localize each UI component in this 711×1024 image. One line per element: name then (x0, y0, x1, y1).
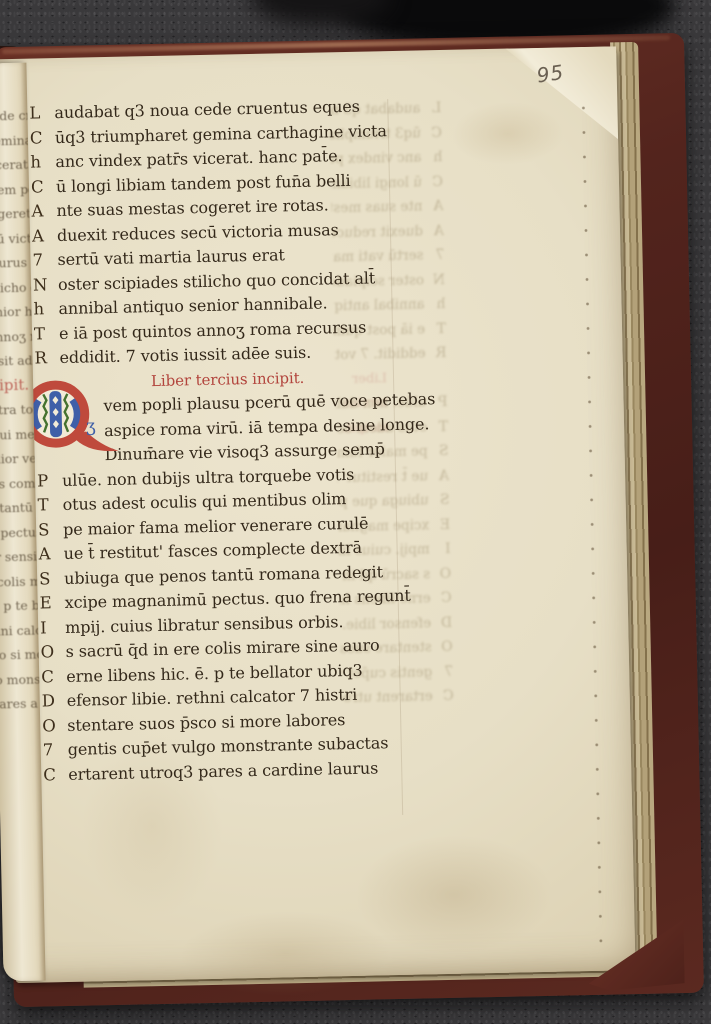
fragment-line: Laudabat q3 noua cede cruentus eques (0, 103, 24, 131)
versal-initial: 7 (32, 248, 48, 273)
versal-initial: A (38, 542, 54, 567)
versal-initial: C (31, 175, 47, 200)
verse-text: ertarent utroq3 pares a cardine laurus (0, 694, 46, 714)
fragment-line: Subiuga que penos tantū romana redegit (0, 495, 32, 523)
fragment-line: Ante suas mestas cogeret ire rotas. (0, 201, 26, 229)
versal-initial: C (43, 763, 59, 788)
versal-initial: D (41, 689, 57, 714)
svg-text:ʒ: ʒ (86, 416, 96, 436)
fragment-line: Cerne libens hic. ē. p te bellator ubiq3 (0, 593, 34, 621)
text-block: Laudabat q3 noua cede cruentus equesCūq3… (29, 90, 609, 788)
fragment-line: Impij. cuius libratur sensibus orbis. (0, 544, 33, 572)
fragment-column: Pulūe. non dubijs ultra torquebe votisTo… (0, 397, 36, 719)
explicit-section: Laudabat q3 noua cede cruentus equesCūq3… (29, 90, 601, 371)
versal-initial: C (30, 126, 46, 151)
fragment-line: Certarent utroq3 pares a cardine laurus (0, 691, 36, 719)
open-book: 95 Laudabat q3 noua cede cruentus equesC… (0, 33, 704, 1007)
incipit-opening: ʒ vem popli plausu pcerū quē voce peteba… (35, 384, 602, 469)
versal-initial: R (34, 346, 50, 371)
versal-initial: S (39, 567, 55, 592)
versal-initial: h (33, 297, 49, 322)
folio-number: 95 (535, 60, 566, 88)
versal-initial: h (30, 150, 46, 175)
fragment-line: hannibal antiquo senior hannibale. (0, 299, 28, 327)
versal-initial: O (40, 640, 56, 665)
versal-initial: A (31, 199, 47, 224)
verse-text: gentis cup̄et vulgo monstrante subactas (0, 669, 46, 689)
versal-initial: E (39, 591, 55, 616)
versal-initial: O (42, 714, 58, 739)
versal-initial: T (34, 322, 50, 347)
fragment-line: Ostentare suos p̄sco si more labores (0, 642, 35, 670)
manuscript-page: 95 Laudabat q3 noua cede cruentus equesC… (0, 46, 635, 983)
versal-initial: A (32, 224, 48, 249)
versal-initial: I (40, 616, 56, 641)
fragment-line: 7sertū vati martia laurus erat (0, 250, 27, 278)
versal-initial: C (41, 665, 57, 690)
incipit-section: Pulūe. non dubijs ultra torquebe votisTo… (37, 457, 610, 787)
versal-initial: L (29, 101, 45, 126)
fragment-column: Laudabat q3 noua cede cruentus equesCūq3… (0, 103, 29, 376)
versal-initial: N (33, 273, 49, 298)
stain-overlay (312, 807, 595, 983)
photograph-of-manuscript: 95 Laudabat q3 noua cede cruentus equesC… (0, 0, 711, 1024)
fragment-line: hanc vindex patr̄s vicerat. hanc pat̄e. (0, 152, 25, 180)
versal-initial: 7 (43, 738, 59, 763)
fragment-line: Spe maior fama melior venerare curulē (0, 446, 31, 474)
versal-initial: S (38, 518, 54, 543)
verse-text: ertarent utroq3 pares a cardine laurus (68, 756, 379, 787)
versal-initial: P (37, 469, 53, 494)
versal-initial: T (37, 493, 53, 518)
fragment-line: Pulūe. non dubijs ultra torquebe votis (0, 397, 30, 425)
fragment-line: Reddidit. 7 votis iussit adēe suis. (0, 348, 29, 376)
